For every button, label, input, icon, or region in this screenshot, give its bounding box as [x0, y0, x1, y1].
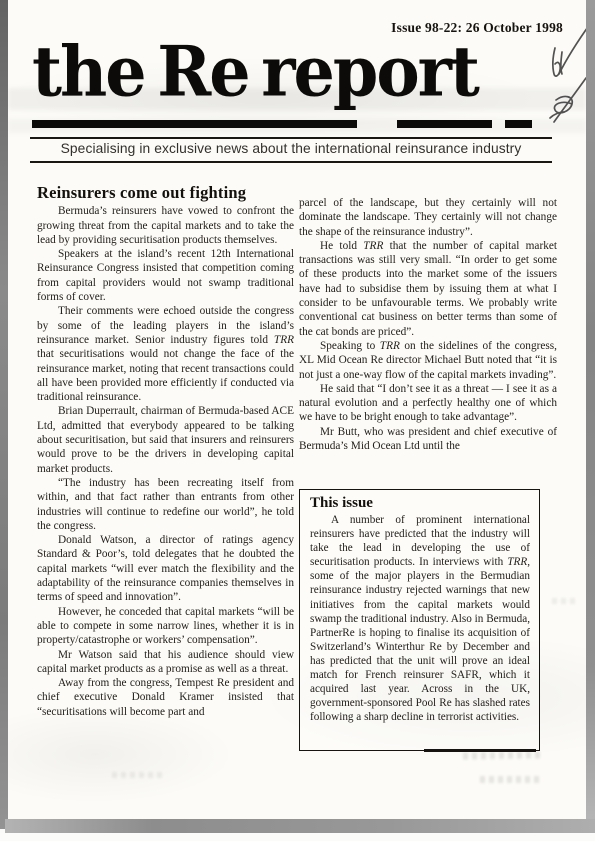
paragraph: Away from the congress, Tempest Re presi… [37, 676, 294, 719]
scan-edge-right [586, 0, 595, 833]
paragraph: He told TRR that the number of capital m… [299, 239, 557, 339]
paragraph: parcel of the landscape, but they certai… [299, 196, 557, 239]
tagline-rule-bottom [30, 161, 552, 163]
this-issue-title: This issue [310, 495, 539, 512]
bleedthrough-smudge [552, 598, 578, 604]
paragraph: Donald Watson, a director of ratings age… [37, 533, 294, 604]
article-column-left: Reinsurers come out fighting Bermuda’s r… [37, 186, 294, 719]
paragraph: Mr Butt, who was president and chief exe… [299, 425, 557, 454]
scanned-newsletter-page: Issue 98-22: 26 October 1998 the Re repo… [0, 0, 595, 841]
paragraph: Mr Watson said that his audience should … [37, 648, 294, 677]
paragraph: He said that “I don’t see it as a threat… [299, 382, 557, 425]
paragraph: “The industry has been recreating itself… [37, 476, 294, 533]
tagline-rule-top [30, 137, 552, 139]
paragraph: Bermuda’s reinsurers have vowed to confr… [37, 204, 294, 247]
bleedthrough-smudge [112, 772, 166, 778]
paragraph: Speaking to TRR on the sidelines of the … [299, 339, 557, 382]
masthead-underline-bar [32, 120, 357, 128]
masthead-title: the Re report [32, 38, 552, 107]
bleedthrough-smudge [480, 776, 540, 783]
tagline: Specialising in exclusive news about the… [30, 141, 552, 156]
this-issue-body: A number of prominent international rein… [310, 513, 530, 724]
masthead-underline-bar [397, 120, 492, 128]
handwritten-initials [528, 22, 592, 140]
paragraph: Speakers at the island’s recent 12th Int… [37, 247, 294, 304]
article-headline: Reinsurers come out fighting [37, 186, 294, 200]
scan-edge-left [0, 0, 8, 829]
scan-edge-bottom [5, 819, 595, 833]
scan-background [0, 833, 595, 841]
article-column-right: parcel of the landscape, but they certai… [299, 196, 557, 453]
paragraph: Their comments were echoed outside the c… [37, 304, 294, 404]
article-left-paragraphs: Bermuda’s reinsurers have vowed to confr… [37, 204, 294, 719]
bleedthrough-smudge [463, 751, 541, 759]
paragraph: Brian Duperrault, chairman of Bermuda-ba… [37, 404, 294, 475]
article-right-paragraphs: parcel of the landscape, but they certai… [299, 196, 557, 453]
this-issue-box: This issue A number of prominent interna… [299, 489, 540, 751]
paragraph: However, he conceded that capital market… [37, 605, 294, 648]
